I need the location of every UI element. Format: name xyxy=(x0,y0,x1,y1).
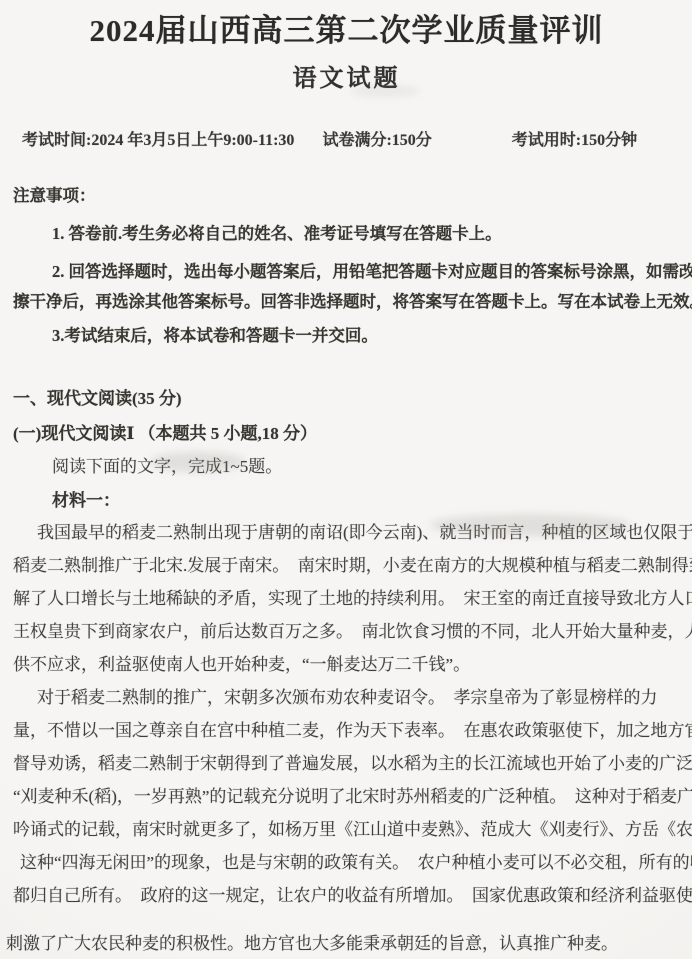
material1-para2-line: 都归自己所有。 政府的这一规定，让农户的收益有所增加。 国家优惠政策和经济利益驱… xyxy=(13,885,680,907)
material-one-label: 材料一： xyxy=(13,490,680,512)
material1-para2-line: 督导劝诱，稻麦二熟制于宋朝得到了普遍发展，以水稻为主的长江流域也开始了小麦的广泛… xyxy=(13,753,680,775)
full-score: 试卷满分:150分 xyxy=(322,130,431,152)
notice-heading: 注意事项： xyxy=(13,185,680,207)
exam-time: 考试时间:2024 年3月5日上午9:00-11:30 xyxy=(22,130,294,152)
exam-duration: 考试用时:150分钟 xyxy=(512,130,637,152)
section-heading: 一、现代文阅读(35 分) xyxy=(13,388,680,410)
material1-para2-line: 量，不惜以一国之尊亲自在宫中种植二麦，作为天下表率。 在惠农政策驱使下，加之地方… xyxy=(13,720,680,742)
material1-para2-line: 这种“四海无闲田”的现象，也是与宋朝的政策有关。 农户种植小麦可以不必交租，所有… xyxy=(13,852,680,874)
material1-para1-line: 我国最早的稻麦二熟制出现于唐朝的南诏(即今云南)、就当时而言，种植的区域也仅限于… xyxy=(13,522,680,544)
material1-para1-line: 稻麦二熟制推广于北宋.发展于南宋。 南宋时期，小麦在南方的大规模种植与稻麦二熟制… xyxy=(13,555,680,577)
notice-item-3: 3.考试结束后，将本试卷和答题卡一并交回。 xyxy=(13,325,680,347)
reading-instruction: 阅读下面的文字，完成1~5题。 xyxy=(13,456,680,478)
material1-para1-line: 王权皇贵下到商家农户，前后达数百万之多。 南北饮食习惯的不同，北人开始大量种麦，… xyxy=(13,621,680,643)
material1-closing-line: 刺激了广大农民种麦的积极性。地方官也大多能秉承朝廷的旨意，认真推广种麦。 xyxy=(6,933,680,955)
material1-para2-line: “刈麦种禾(稻)，一岁再熟”的记载充分说明了北宋时苏州稻麦的广泛种植。 这种对于… xyxy=(13,786,680,808)
scanned-exam-page: 2024届山西高三第二次学业质量评训 语文试题 考试时间:2024 年3月5日上… xyxy=(0,0,692,959)
material1-para2-line: 对于稻麦二熟制的推广，宋朝多次颁布劝农种麦诏令。 孝宗皇帝为了彰显榜样的力 xyxy=(13,687,680,709)
exam-title: 2024届山西高三第二次学业质量评训 xyxy=(13,12,680,50)
notice-item-2-line-1: 2. 回答选择题时，选出每小题答案后，用铅笔把答题卡对应题目的答案标号涂黑，如需… xyxy=(13,261,680,283)
exam-meta-row: 考试时间:2024 年3月5日上午9:00-11:30 试卷满分:150分 考试… xyxy=(13,130,680,152)
material1-para1-line: 解了人口增长与土地稀缺的矛盾，实现了土地的持续利用。 宋王室的南迁直接导致北方人… xyxy=(13,588,680,610)
notice-item-1: 1. 答卷前.考生务必将自己的姓名、准考证号填写在答题卡上。 xyxy=(13,223,680,245)
material1-para1-line: 供不应求，利益驱使南人也开始种麦，“一斛麦达万二千钱”。 xyxy=(13,654,680,676)
paper-subtitle: 语文试题 xyxy=(13,64,680,94)
notice-item-2-line-2: 擦干净后，再选涂其他答案标号。回答非选择题时，将答案写在答题卡上。写在本试卷上无… xyxy=(13,291,680,313)
material1-para2-line: 吟诵式的记载，南宋时就更多了，如杨万里《江山道中麦熟》、范成大《刈麦行》、方岳《… xyxy=(13,819,680,841)
subsection-heading: (一)现代文阅读Ⅰ （本题共 5 小题,18 分） xyxy=(13,423,680,445)
page-content: 2024届山西高三第二次学业质量评训 语文试题 考试时间:2024 年3月5日上… xyxy=(0,0,692,959)
